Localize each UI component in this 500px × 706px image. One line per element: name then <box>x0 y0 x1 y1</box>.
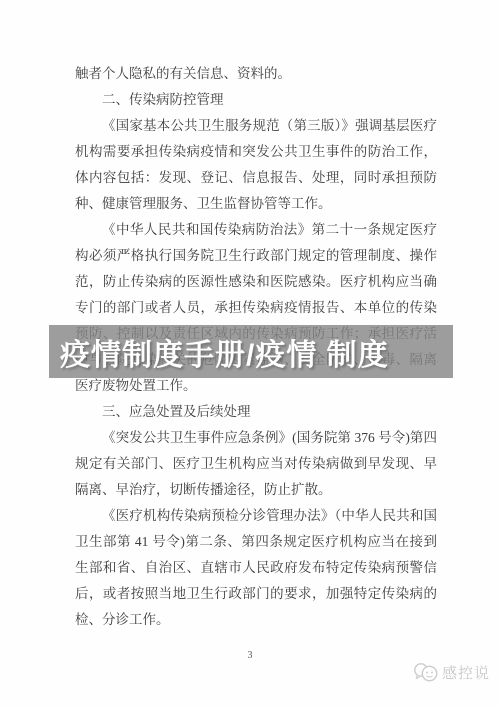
doc-line: 卫生部第 41 号令)第二条、第四条规定医疗机构应当在接到卫 <box>75 529 437 555</box>
doc-line: 构必须严格执行国务院卫生行政部门规定的管理制度、操作规 <box>75 243 437 269</box>
brand-watermark: 感控说 <box>413 662 490 683</box>
doc-line: 体内容包括：发现、登记、信息报告、处理，同时承担预防接 <box>75 165 437 191</box>
page-number: 3 <box>0 650 500 661</box>
doc-line: 后，或者按照当地卫生行政部门的要求，加强特定传染病的预 <box>75 581 437 607</box>
chat-bubbles-icon <box>413 662 438 683</box>
section-heading-2: 二、传染病防控管理 <box>75 87 437 113</box>
doc-line: 《医疗机构传染病预检分诊管理办法》（中华人民共和国 <box>75 503 437 529</box>
doc-line: 专门的部门或者人员，承担传染病疫情报告、本单位的传染病 <box>75 295 437 321</box>
document-page: 触者个人隐私的有关信息、资料的。 二、传染病防控管理 《国家基本公共卫生服务规范… <box>0 0 500 706</box>
doc-line: 触者个人隐私的有关信息、资料的。 <box>75 61 437 87</box>
doc-line: 《突发公共卫生事件应急条例》(国务院第 376 号令)第四十二条 <box>75 425 437 451</box>
doc-line: 机构需要承担传染病疫情和突发公共卫生事件的防治工作，具 <box>75 139 437 165</box>
section-heading-3: 三、应急处置及后续处理 <box>75 399 437 425</box>
doc-line: 《国家基本公共卫生服务规范（第三版）》强调基层医疗卫生 <box>75 113 437 139</box>
doc-line: 隔离、早治疗，切断传播途径，防止扩散。 <box>75 477 437 503</box>
doc-line: 种、健康管理服务、卫生监督协管等工作。 <box>75 191 437 217</box>
doc-line: 规定有关部门、医疗卫生机构应当对传染病做到早发现、早报告、早 <box>75 451 437 477</box>
doc-line: 《中华人民共和国传染病防治法》第二十一条规定医疗机 <box>75 217 437 243</box>
watermark-title-banner: 疫情制度手册/疫情 制度 <box>49 325 453 378</box>
doc-line: 范，防止传染病的医源性感染和医院感染。医疗机构应当确定 <box>75 269 437 295</box>
watermark-title-text: 疫情制度手册/疫情 制度 <box>60 330 389 374</box>
doc-line: 生部和省、自治区、直辖市人民政府发布特定传染病预警信息 <box>75 555 437 581</box>
brand-label: 感控说 <box>442 662 490 683</box>
doc-line: 检、分诊工作。 <box>75 607 437 633</box>
